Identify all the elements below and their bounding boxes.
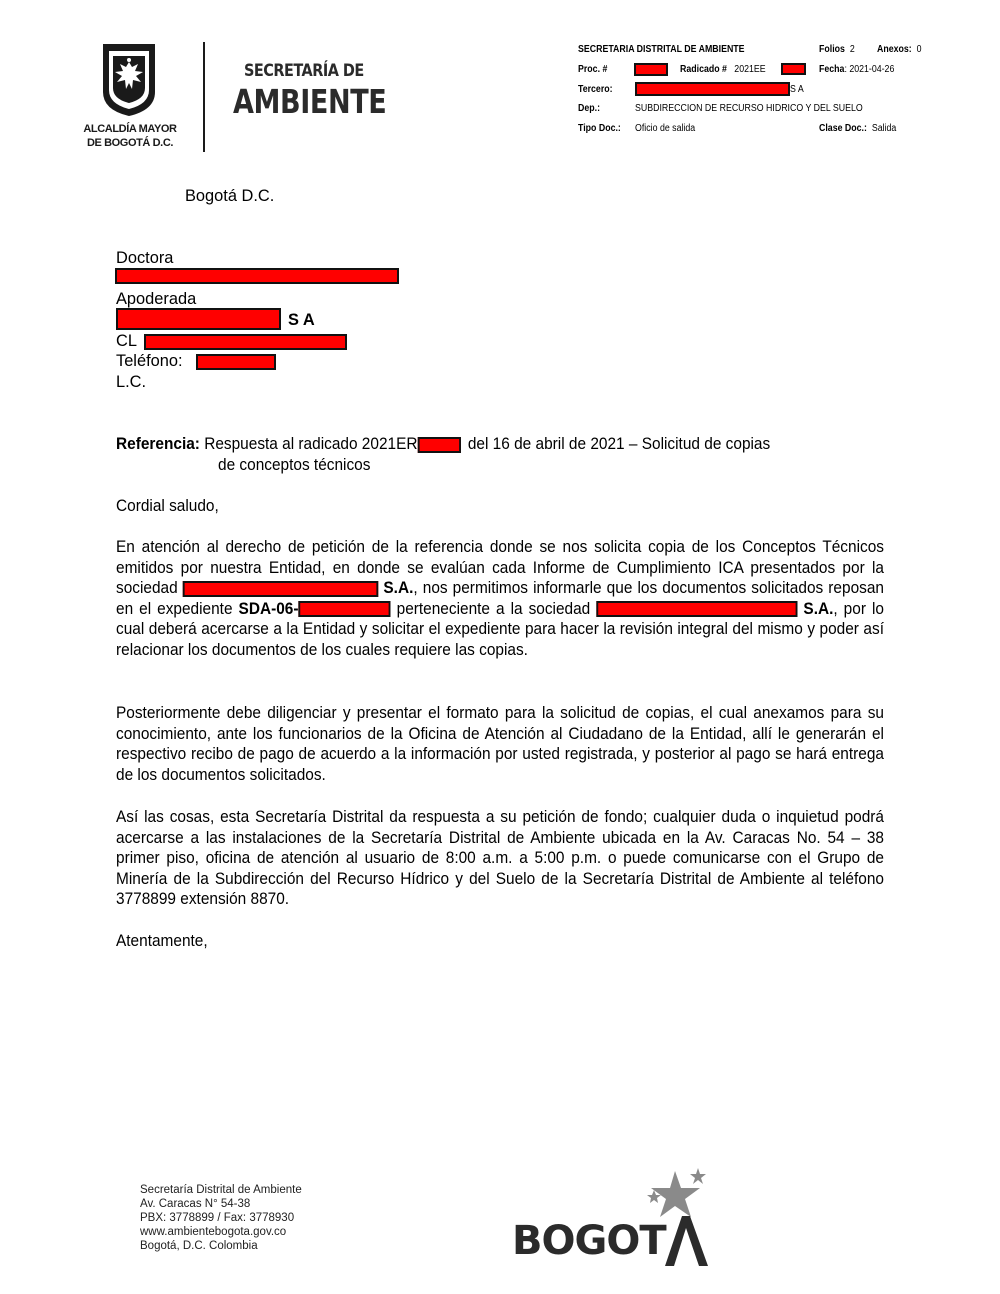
registry-dep: Dep.: — [578, 103, 600, 115]
footer-line: Bogotá, D.C. Colombia — [140, 1239, 302, 1253]
redacted-company-3 — [596, 601, 797, 617]
svg-text:BOGOT: BOGOT — [512, 1218, 667, 1264]
paragraph-1: En atención al derecho de petición de la… — [116, 537, 884, 661]
registry-clase: Clase Doc.: Salida — [819, 123, 896, 135]
city-date: Bogotá D.C. — [185, 186, 274, 207]
footer-address: Secretaría Distrital de Ambiente Av. Car… — [140, 1183, 302, 1253]
reference-text-cont: del 16 de abril de 2021 – Solicitud de c… — [468, 435, 770, 453]
redacted-radicado — [781, 63, 806, 75]
recipient-role: Apoderada — [116, 289, 196, 310]
reference-line-1: Referencia: Respuesta al radicado 2021ER… — [116, 434, 770, 455]
footer-line: PBX: 3778899 / Fax: 3778930 — [140, 1211, 302, 1225]
registry-anexos: Anexos: 0 — [877, 44, 922, 56]
ambiente-title: AMBIENTE — [233, 82, 386, 121]
address-prefix: CL — [116, 331, 137, 352]
alcaldia-label: ALCALDÍA MAYOR DE BOGOTÁ D.C. — [80, 122, 180, 150]
greeting: Cordial saludo, — [116, 496, 219, 517]
bogota-logo: BOGOT — [510, 1166, 715, 1272]
city-abbrev: L.C. — [116, 372, 146, 393]
footer-line: www.ambientebogota.gov.co — [140, 1225, 302, 1239]
footer-line: Secretaría Distrital de Ambiente — [140, 1183, 302, 1197]
registry-tercero-suffix: S A — [790, 84, 804, 96]
redacted-company-2 — [183, 581, 379, 597]
bogota-stars-icon: BOGOT — [510, 1166, 715, 1272]
header-divider — [203, 42, 205, 152]
redacted-address — [144, 334, 347, 350]
company-suffix: S A — [288, 310, 315, 331]
registry-tipo-value: Oficio de salida — [635, 123, 695, 135]
reference-text: Respuesta al radicado 2021ER — [204, 435, 417, 453]
redacted-tercero — [635, 82, 790, 96]
paragraph-2: Posteriormente debe diligenciar y presen… — [116, 703, 884, 785]
phone-label: Teléfono: — [116, 351, 183, 372]
redacted-recipient-name — [115, 268, 399, 284]
recipient-title: Doctora — [116, 248, 173, 269]
redacted-proc — [634, 63, 668, 76]
registry-tipo: Tipo Doc.: — [578, 123, 621, 135]
redacted-company — [116, 308, 281, 330]
registry-proc-label: Proc. # — [578, 64, 607, 76]
closing: Atentamente, — [116, 931, 208, 952]
registry-fecha: Fecha: 2021-04-26 — [819, 64, 894, 76]
coat-of-arms-icon — [100, 42, 158, 118]
redacted-expediente — [298, 601, 390, 617]
registry-entity: SECRETARIA DISTRITAL DE AMBIENTE — [578, 44, 745, 56]
secretaria-title: SECRETARÍA DE — [244, 61, 364, 81]
registry-radicado: Radicado # 2021EE — [680, 64, 766, 76]
reference-line-2: de conceptos técnicos — [218, 455, 370, 476]
reference-label: Referencia: — [116, 435, 200, 453]
alcaldia-line-2: DE BOGOTÁ D.C. — [80, 136, 180, 150]
redacted-reference-number — [417, 437, 460, 453]
alcaldia-line-1: ALCALDÍA MAYOR — [80, 122, 180, 136]
redacted-phone — [196, 354, 276, 370]
paragraph-3: Así las cosas, esta Secretaría Distrital… — [116, 807, 884, 910]
registry-dep-value: SUBDIRECCION DE RECURSO HIDRICO Y DEL SU… — [635, 103, 863, 115]
registry-tercero-label: Tercero: — [578, 84, 613, 96]
footer-line: Av. Caracas N° 54-38 — [140, 1197, 302, 1211]
registry-folios: Folios 2 — [819, 44, 855, 56]
